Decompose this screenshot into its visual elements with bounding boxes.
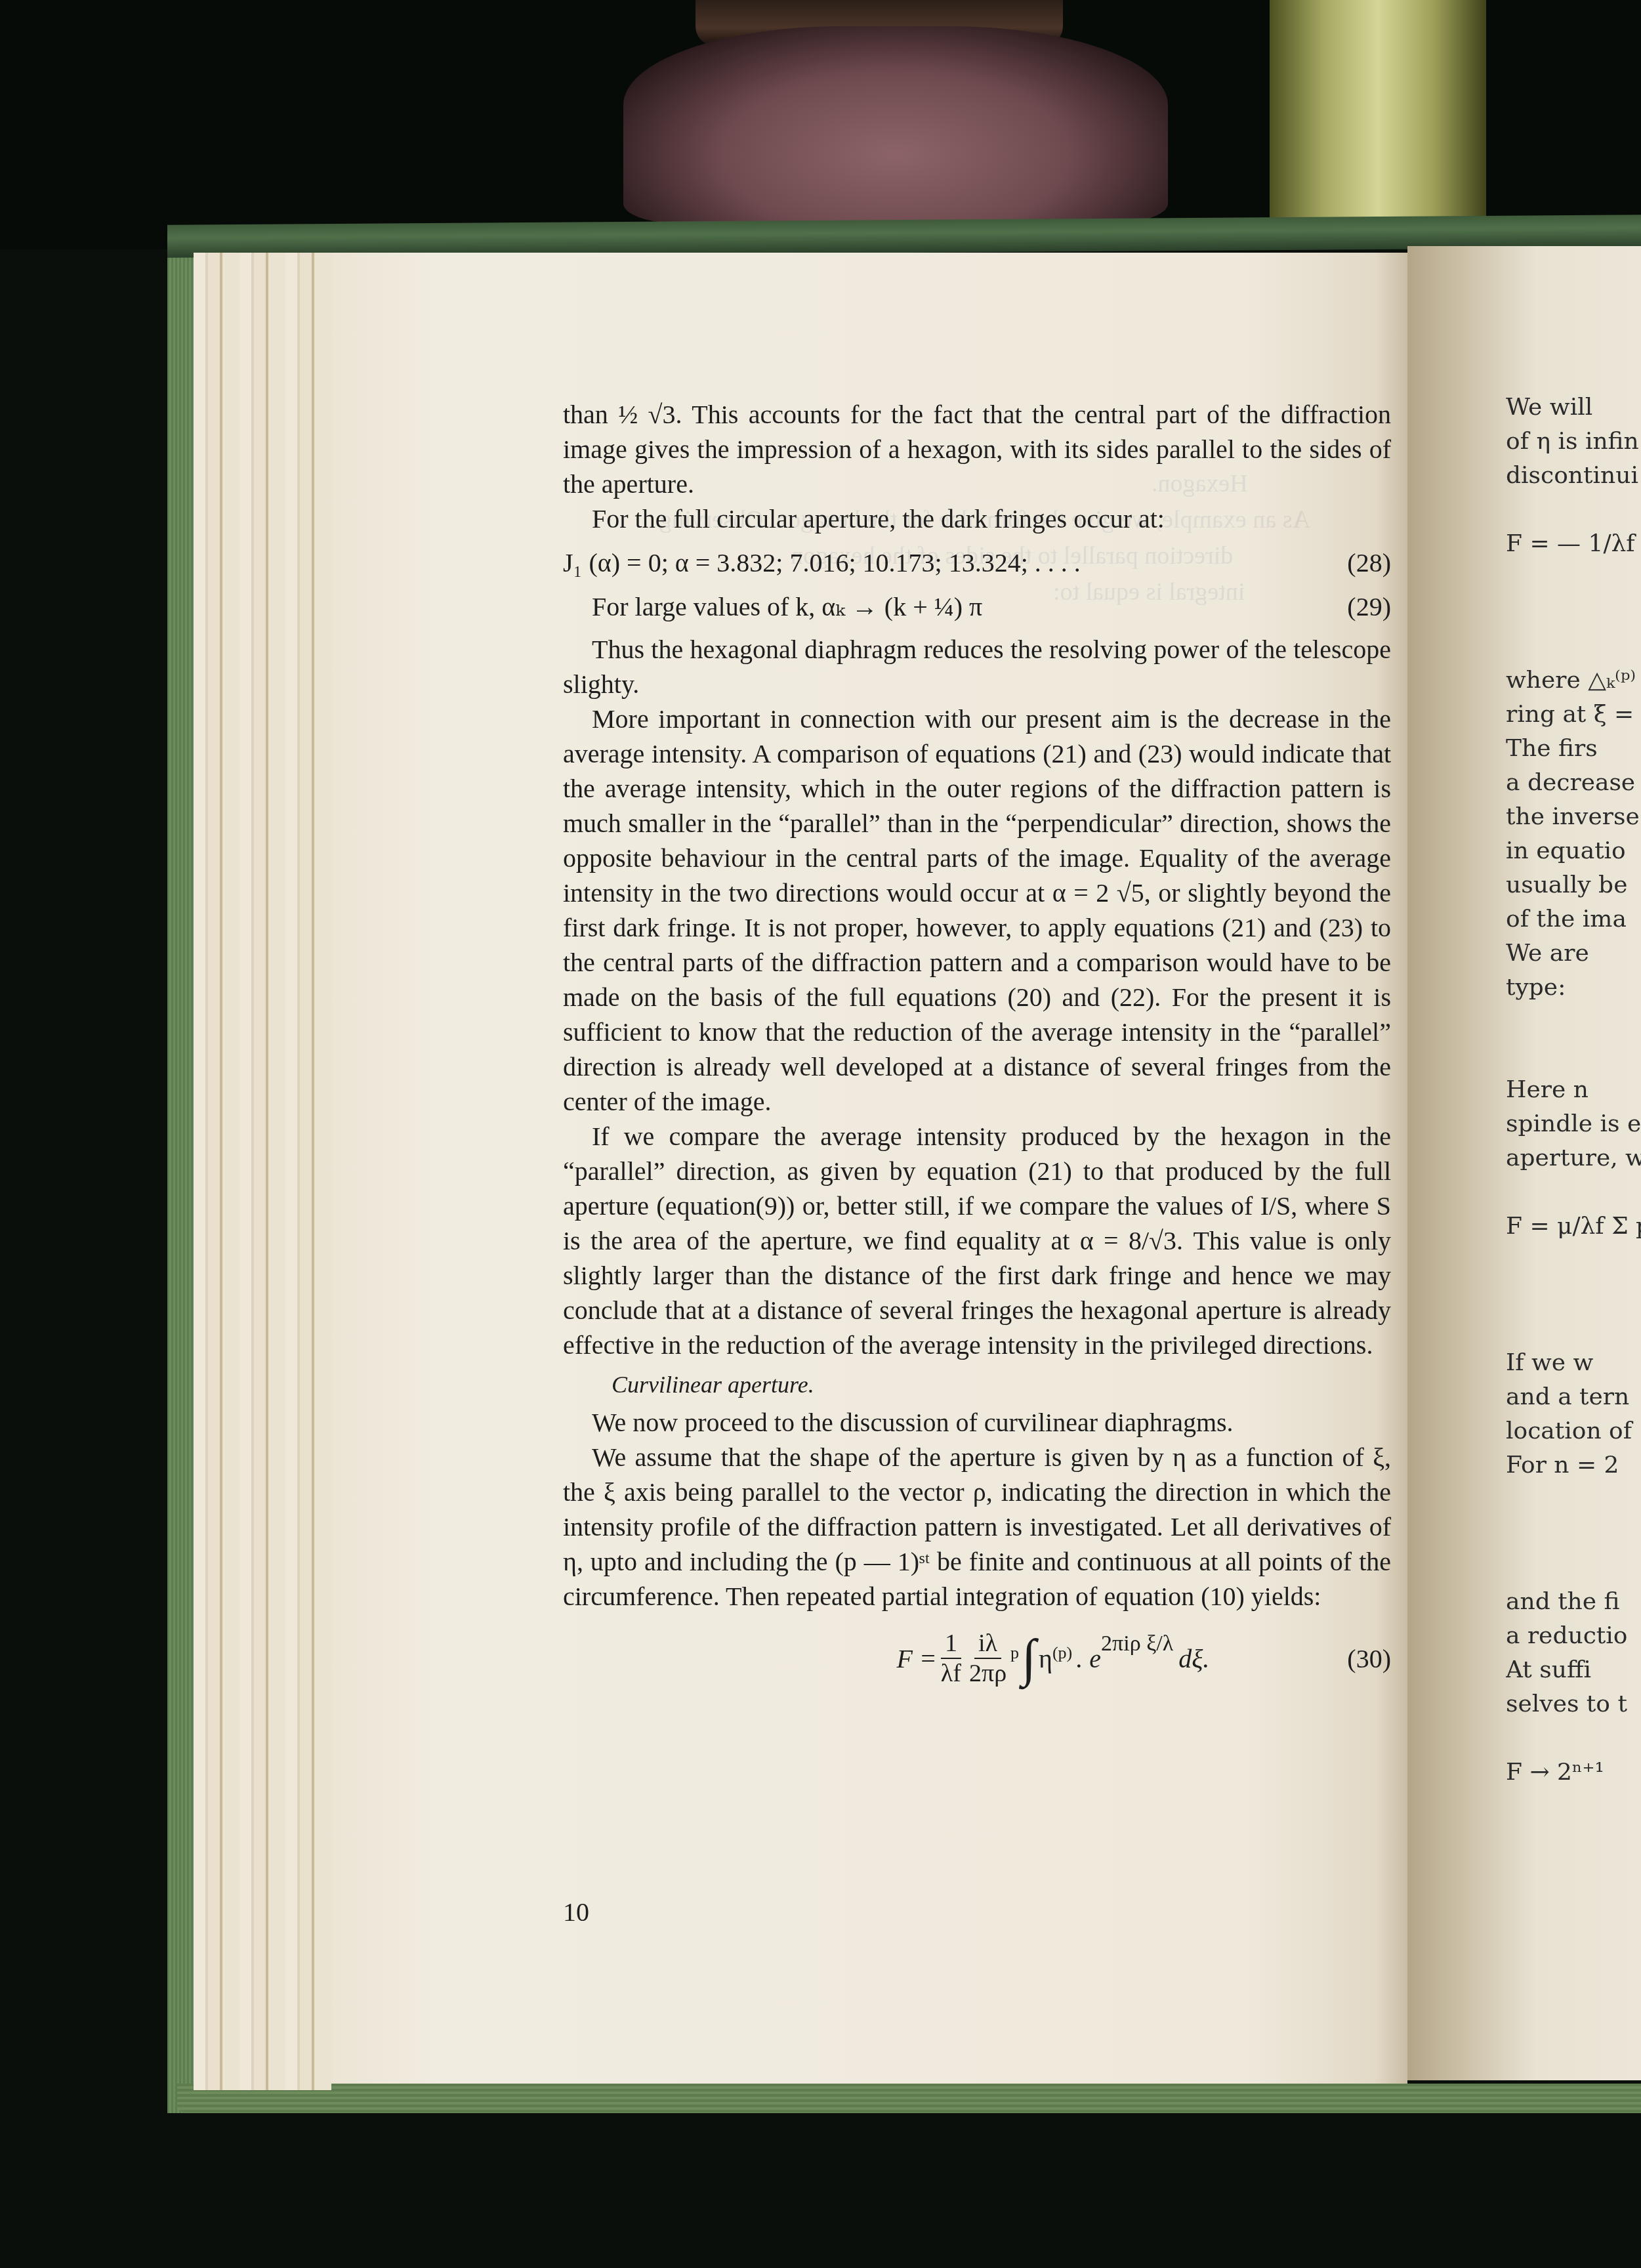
text-line: We are [1506,936,1641,971]
text-line [1506,561,1641,595]
text-line: ring at ξ = [1506,698,1641,732]
integrand-superscript: (p) [1052,1635,1072,1670]
text-line [1506,629,1641,663]
text-line: F → 2ⁿ⁺¹ [1506,1755,1641,1790]
text-line: aperture, w [1506,1141,1641,1175]
background-photo [0,0,1641,249]
paragraph: We now proceed to the discussion of curv… [563,1405,1391,1440]
text-line: usually be [1506,868,1641,902]
text-line: F = — 1/λf [1506,527,1641,561]
text-line [1506,1244,1641,1278]
paragraph: Thus the hexagonal diaphragm reduces the… [563,632,1391,702]
equation-formula: F = 1 λf iλ 2πρ p ∫ η (p) . e 2πiρ ξ/λ d… [896,1629,1209,1688]
equation-number: (30) [1347,1641,1391,1676]
text-line: and a tern [1506,1380,1641,1414]
light-stripe [1270,0,1486,236]
text-line: Here n [1506,1073,1641,1107]
text-line [1506,1039,1641,1073]
fraction: iλ 2πρ [969,1629,1007,1688]
text-line [1506,1517,1641,1551]
text-line [1506,1551,1641,1585]
integrand: η [1039,1641,1052,1676]
paragraph: For the full circular aperture, the dark… [563,501,1391,536]
equation-body: J₁ (α) = 0; α = 3.832; 7.016; 10.173; 13… [563,545,1081,580]
left-page-text: than ½ √3. This accounts for the fact th… [563,397,1391,1698]
text-line: We will [1506,390,1641,425]
page-stack-edges [194,253,331,2090]
text-line: and the fi [1506,1585,1641,1619]
text-line: If we w [1506,1346,1641,1380]
fraction: 1 λf [941,1629,961,1688]
equation-body: For large values of k, αₖ → (k + ¼) π [592,589,982,624]
text-line: selves to t [1506,1687,1641,1721]
text-line [1506,595,1641,629]
text-line [1506,1278,1641,1312]
paragraph: If we compare the average intensity prod… [563,1119,1391,1362]
right-page-text: We will of η is infin discontinui F = — … [1506,390,1641,1790]
differential: dξ. [1178,1641,1209,1676]
text-line: a reductio [1506,1619,1641,1653]
book-cover-bottom-edge [177,2084,1641,2113]
text-line: of η is infin [1506,425,1641,459]
text-line: type: [1506,971,1641,1005]
hand-thumb [623,26,1168,223]
text-line: F = μ/λf Σ p= [1506,1209,1641,1244]
text-line [1506,1312,1641,1346]
text-line: of the ima [1506,902,1641,936]
equation-number: (28) [1347,545,1391,580]
numerator: 1 [941,1629,961,1659]
book-cover-left-edge [167,236,194,2113]
numerator: iλ [974,1629,1001,1659]
text-line: spindle is e [1506,1107,1641,1141]
text-line [1506,1175,1641,1209]
text-line: in equatio [1506,834,1641,868]
section-subheading: Curvilinear aperture. [612,1368,1391,1402]
text-line: the inverse [1506,800,1641,834]
text-line [1506,1005,1641,1039]
equation-lhs: F = [896,1641,936,1676]
dot-e: . e [1076,1641,1101,1676]
text-line: where △ₖ⁽ᵖ⁾ [1506,663,1641,698]
exponent: 2πiρ ξ/λ [1101,1626,1173,1661]
text-line: At suffi [1506,1653,1641,1687]
denominator: 2πρ [969,1659,1007,1688]
paragraph: More important in connection with our pr… [563,702,1391,1119]
text-line: a decrease [1506,766,1641,800]
text-line: location of [1506,1414,1641,1448]
text-line [1506,1482,1641,1517]
text-line: discontinui [1506,459,1641,493]
integral-sign: ∫ [1022,1632,1036,1685]
equation-28: J₁ (α) = 0; α = 3.832; 7.016; 10.173; 13… [563,545,1391,580]
text-line [1506,493,1641,527]
power: p [1010,1635,1019,1670]
equation-29: For large values of k, αₖ → (k + ¼) π (2… [563,589,1391,624]
paragraph: than ½ √3. This accounts for the fact th… [563,397,1391,501]
text-line [1506,1721,1641,1755]
text-line: The firs [1506,732,1641,766]
text-line: For n = 2 [1506,1448,1641,1482]
equation-30: F = 1 λf iλ 2πρ p ∫ η (p) . e 2πiρ ξ/λ d… [563,1619,1391,1698]
page-number: 10 [563,1897,589,1927]
denominator: λf [941,1659,961,1688]
paragraph: We assume that the shape of the aperture… [563,1440,1391,1614]
equation-number: (29) [1347,589,1391,624]
